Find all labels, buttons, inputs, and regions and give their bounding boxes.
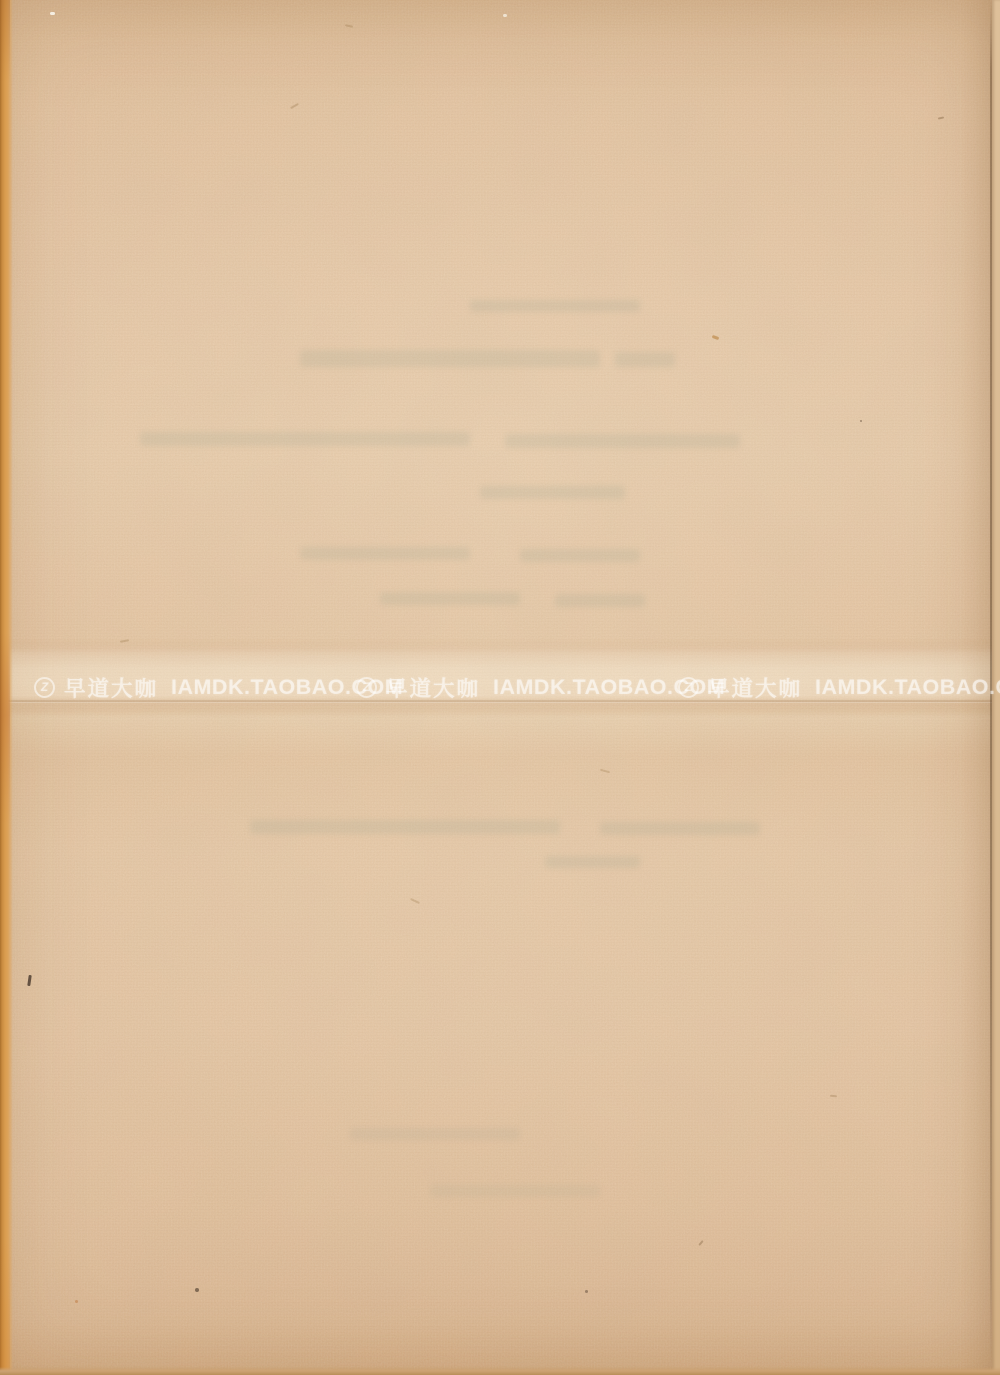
paper-fibre — [345, 24, 353, 28]
bleedthrough-text-smudge — [430, 1185, 600, 1197]
paper-fibre — [410, 898, 420, 904]
ink-speck — [195, 1288, 199, 1292]
bleedthrough-text-smudge — [615, 352, 675, 367]
right-edge-crease-line — [990, 0, 992, 1375]
rust-speck — [75, 1300, 78, 1303]
ink-dot — [585, 1290, 588, 1293]
white-fleck — [50, 12, 55, 15]
paper-fibre — [600, 769, 610, 774]
light-horizontal-band — [0, 648, 1000, 704]
right-page-edge — [992, 0, 1000, 1375]
bleedthrough-text-smudge — [140, 432, 470, 446]
paper-fibre — [290, 103, 299, 109]
bleedthrough-text-smudge — [555, 594, 645, 607]
bottom-page-edge — [0, 1367, 1000, 1375]
paper-fibre — [120, 639, 129, 643]
bleedthrough-text-smudge — [300, 350, 600, 367]
ink-speck — [27, 975, 32, 986]
paper-fibre — [698, 1240, 703, 1246]
left-edge-tint — [0, 0, 10, 1375]
bleedthrough-text-smudge — [250, 820, 560, 834]
paper-fibre — [830, 1095, 837, 1098]
bleedthrough-text-smudge — [520, 549, 640, 562]
scanned-paper-page: Z 早道大咖 IAMDK.TAOBAO.COM Z 早道大咖 IAMDK.TAO… — [0, 0, 1000, 1375]
bleedthrough-text-smudge — [505, 434, 740, 448]
white-fleck — [503, 14, 507, 17]
bleedthrough-text-smudge — [600, 822, 760, 835]
bleedthrough-text-smudge — [545, 856, 640, 868]
paper-fibre — [938, 116, 944, 119]
bleedthrough-text-smudge — [480, 486, 625, 499]
bleedthrough-text-smudge — [350, 1128, 520, 1140]
bleedthrough-text-smudge — [300, 547, 470, 560]
bleedthrough-text-smudge — [470, 300, 640, 312]
bleedthrough-text-smudge — [380, 592, 520, 605]
ink-dot — [860, 420, 862, 422]
horizontal-fold-crease — [0, 700, 1000, 703]
paper-fibre — [712, 335, 720, 340]
